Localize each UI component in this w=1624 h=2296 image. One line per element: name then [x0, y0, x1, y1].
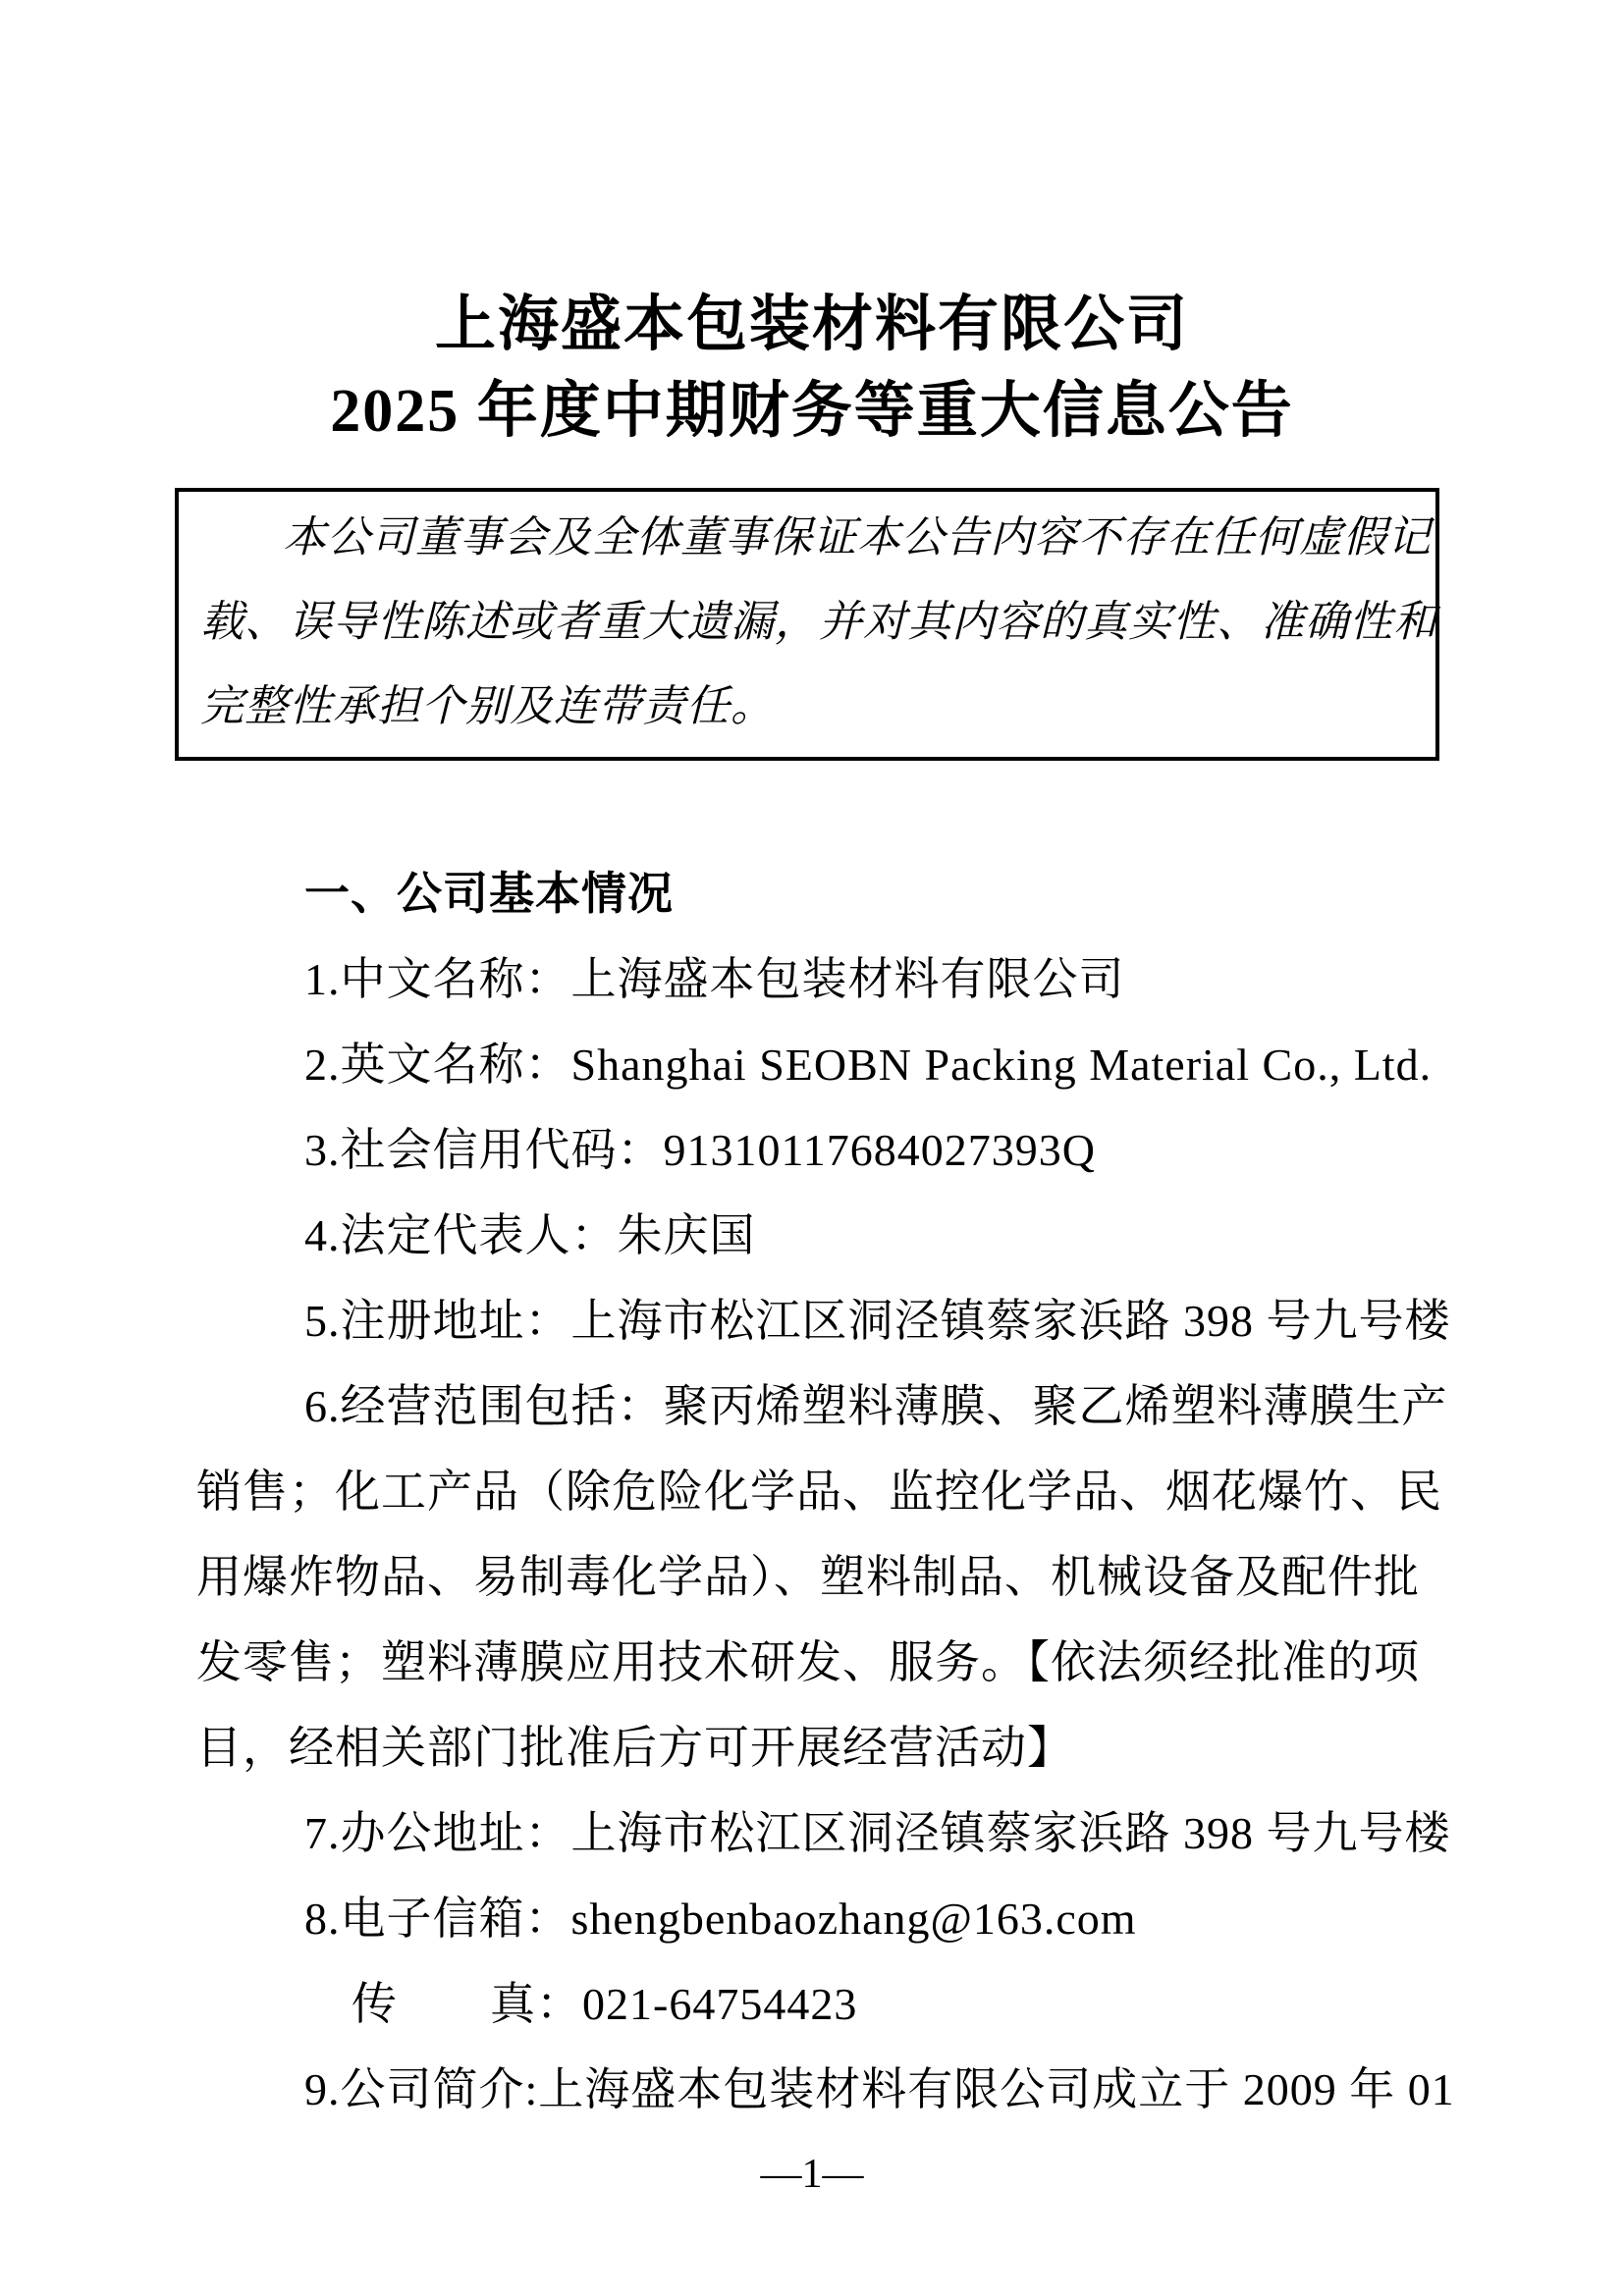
document-title: 上海盛本包装材料有限公司 2025 年度中期财务等重大信息公告 [0, 282, 1624, 454]
line-business-scope-1: 6.经营范围包括：聚丙烯塑料薄膜、聚乙烯塑料薄膜生产 [196, 1363, 1434, 1449]
page-footer: —1— [0, 2132, 1624, 2217]
statement-line-1: 本公司董事会及全体董事保证本公告内容不存在任何虚假记 [200, 496, 1418, 580]
title-line-2: 2025 年度中期财务等重大信息公告 [0, 368, 1624, 454]
line-credit-code: 3.社会信用代码：91310117684027393Q [196, 1107, 1434, 1193]
title-line-1: 上海盛本包装材料有限公司 [0, 282, 1624, 368]
page-number: —1— [761, 2152, 864, 2197]
line-chinese-name: 1.中文名称：上海盛本包装材料有限公司 [196, 936, 1434, 1022]
line-business-scope-5: 目，经相关部门批准后方可开展经营活动】 [196, 1705, 1434, 1790]
statement-line-2: 载、误导性陈述或者重大遗漏，并对其内容的真实性、准确性和 [200, 580, 1418, 665]
line-company-profile: 9.公司简介:上海盛本包装材料有限公司成立于 2009 年 01 [196, 2047, 1434, 2132]
line-legal-representative: 4.法定代表人：朱庆国 [196, 1193, 1434, 1278]
line-office-address: 7.办公地址：上海市松江区洞泾镇蔡家浜路 398 号九号楼 [196, 1790, 1434, 1876]
section-company-basics: 一、公司基本情况 1.中文名称：上海盛本包装材料有限公司 2.英文名称：Shan… [196, 851, 1434, 2132]
line-business-scope-2: 销售；化工产品（除危险化学品、监控化学品、烟花爆竹、民 [196, 1449, 1434, 1534]
line-business-scope-3: 用爆炸物品、易制毒化学品）、塑料制品、机械设备及配件批 [196, 1534, 1434, 1620]
line-fax: 传 真：021-64754423 [196, 1961, 1434, 2047]
document-page: 上海盛本包装材料有限公司 2025 年度中期财务等重大信息公告 本公司董事会及全… [0, 0, 1624, 2296]
line-english-name: 2.英文名称：Shanghai SEOBN Packing Material C… [196, 1022, 1434, 1107]
line-email: 8.电子信箱：shengbenbaozhang@163.com [196, 1876, 1434, 1961]
line-registered-address: 5.注册地址：上海市松江区洞泾镇蔡家浜路 398 号九号楼 [196, 1278, 1434, 1363]
line-business-scope-4: 发零售；塑料薄膜应用技术研发、服务。【依法须经批准的项 [196, 1620, 1434, 1705]
section-heading: 一、公司基本情况 [196, 851, 1434, 936]
board-statement-box: 本公司董事会及全体董事保证本公告内容不存在任何虚假记 载、误导性陈述或者重大遗漏… [175, 488, 1439, 761]
statement-line-3: 完整性承担个别及连带责任。 [200, 665, 1418, 749]
